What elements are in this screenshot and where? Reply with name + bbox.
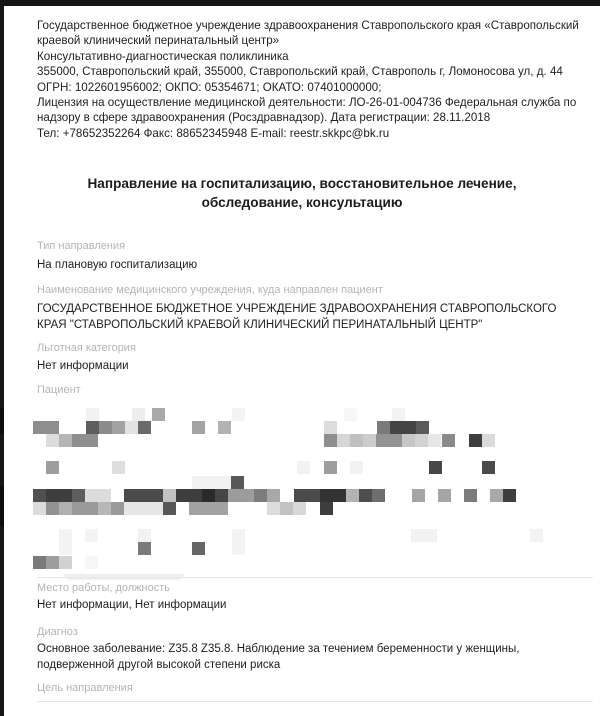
- diagnosis-value-line-1: Основное заболевание: Z35.8 Z35.8. Наблю…: [37, 642, 577, 658]
- diagnosis-label: Диагноз: [37, 626, 78, 638]
- workplace-value: Нет информации, Нет информации: [37, 598, 577, 614]
- diagnosis-value-line-2: подверженной другой высокой степени риск…: [37, 658, 577, 674]
- section-divider: [37, 577, 593, 578]
- workplace-label: Место работы, должность: [37, 582, 170, 594]
- section-divider: [37, 701, 593, 702]
- referral-purpose-label: Цель направления: [37, 682, 133, 694]
- document-page: Государственное бюджетное учреждение здр…: [4, 6, 600, 716]
- diagnosis-value: Основное заболевание: Z35.8 Z35.8. Наблю…: [37, 642, 577, 673]
